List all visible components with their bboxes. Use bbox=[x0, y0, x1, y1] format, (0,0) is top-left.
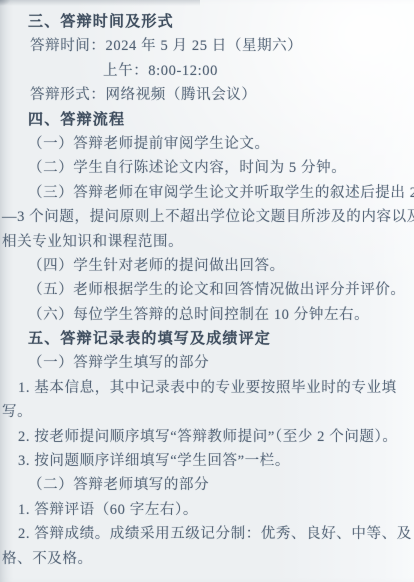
text-line: （一）答辩学生填写的部分 bbox=[0, 351, 414, 375]
text-line: 格、不及格。 bbox=[0, 547, 414, 571]
text-line: 三、答辩时间及形式 bbox=[0, 10, 414, 34]
text-line: （六）每位学生答辩的总时间控制在 10 分钟左右。 bbox=[0, 303, 414, 327]
text-line: 写。 bbox=[0, 400, 414, 424]
text-line: 相关专业知识和课程范围。 bbox=[0, 230, 414, 254]
text-line: 答辩时间：2024 年 5 月 25 日（星期六） bbox=[0, 34, 414, 58]
text-line: （三）答辩老师在审阅学生论文并听取学生的叙述后提出 2 bbox=[0, 181, 414, 205]
text-line: 2. 按老师提问顺序填写“答辩教师提问”（至少 2 个问题）。 bbox=[0, 425, 414, 449]
defense-notice-text-block: 三、答辩时间及形式答辩时间：2024 年 5 月 25 日（星期六）上午：8:0… bbox=[0, 10, 414, 571]
text-line: 四、答辩流程 bbox=[0, 108, 414, 132]
scan-edge-smudge bbox=[0, 0, 200, 6]
text-line: 上午：8:00-12:00 bbox=[0, 59, 414, 83]
text-line: （四）学生针对老师的提问做出回答。 bbox=[0, 254, 414, 278]
text-line: 3. 按问题顺序详细填写“学生回答”一栏。 bbox=[0, 449, 414, 473]
scan-corner-smudge bbox=[0, 0, 14, 8]
text-line: 1. 答辩评语（60 字左右）。 bbox=[0, 498, 414, 522]
text-line: 1. 基本信息，其中记录表中的专业要按照毕业时的专业填 bbox=[0, 376, 414, 400]
scanned-document-page: 三、答辩时间及形式答辩时间：2024 年 5 月 25 日（星期六）上午：8:0… bbox=[0, 0, 414, 582]
text-line: 五、答辩记录表的填写及成绩评定 bbox=[0, 327, 414, 351]
text-line: （五）老师根据学生的论文和回答情况做出评分并评价。 bbox=[0, 278, 414, 302]
text-line: （二）学生自行陈述论文内容，时间为 5 分钟。 bbox=[0, 156, 414, 180]
text-line: —3 个问题，提问原则上不超出学位论文题目所涉及的内容以及 bbox=[0, 205, 414, 229]
text-line: 2. 答辩成绩。成绩采用五级记分制：优秀、良好、中等、及 bbox=[0, 522, 414, 546]
text-line: （二）答辩老师填写的部分 bbox=[0, 473, 414, 497]
text-line: （一）答辩老师提前审阅学生论文。 bbox=[0, 132, 414, 156]
text-line: 答辩形式：网络视频（腾讯会议） bbox=[0, 83, 414, 107]
